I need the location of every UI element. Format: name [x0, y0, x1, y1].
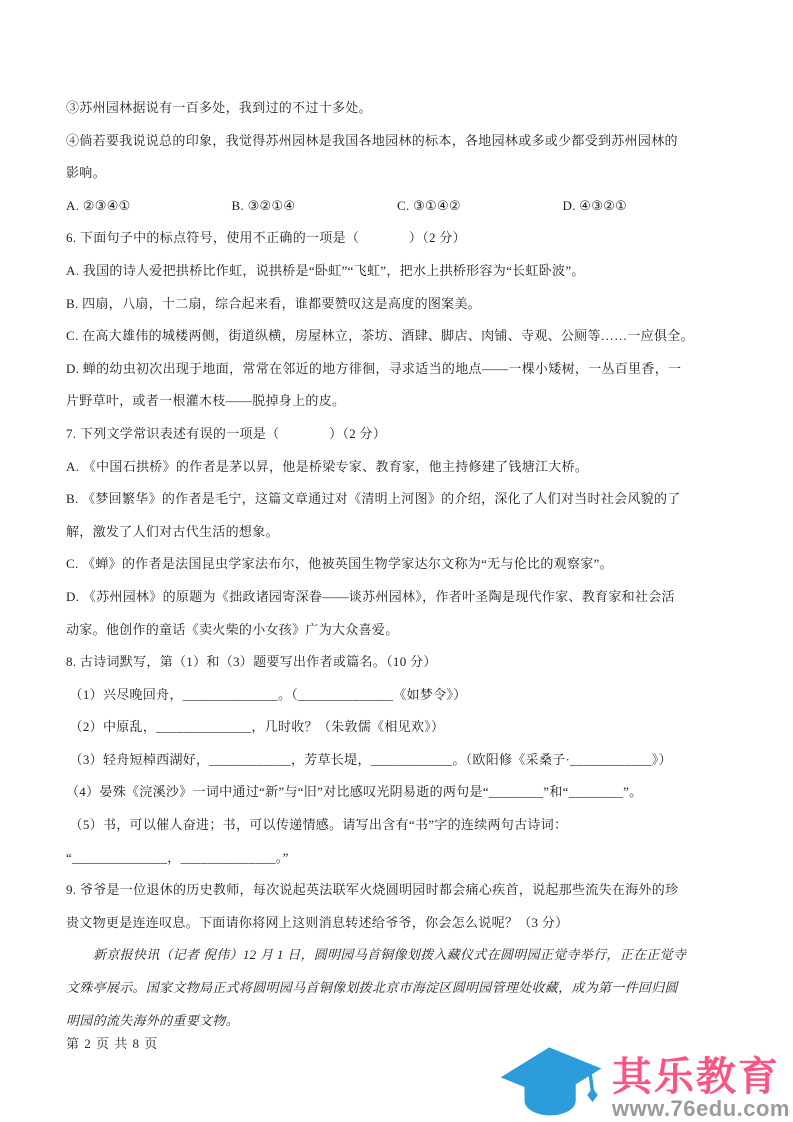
text-line: ④倘若要我说说总的印象，我觉得苏州园林是我国各地园林的标本，各地园林或多或少都受… — [66, 125, 728, 158]
text-line: 片野草叶，或者一根灌木枝——脱掉身上的皮。 — [66, 385, 728, 418]
text-line: （5）书，可以催人奋进；书，可以传递情感。请写出含有“书”字的连续两句古诗词： — [66, 809, 728, 842]
text-line: A. 《中国石拱桥》的作者是茅以昇，他是桥梁专家、教育家，他主持修建了钱塘江大桥… — [66, 451, 728, 484]
choice-option: A. ②③④① — [66, 190, 232, 223]
text-line: （2）中原乱，______________，几时收？（朱敦儒《相见欢》） — [66, 711, 728, 744]
text-line: 8. 古诗词默写，第（1）和（3）题要写出作者或篇名。（10 分） — [66, 646, 728, 679]
choice-option: D. ④③②① — [563, 190, 729, 223]
text-line: C. 在高大雄伟的城楼两侧，街道纵横，房屋林立，茶坊、酒肆、脚店、肉铺、寺观、公… — [66, 320, 728, 353]
text-line: D. 蝉的幼虫初次出现于地面，常常在邻近的地方徘徊，寻求适当的地点——一棵小矮树… — [66, 353, 728, 386]
exam-page: ③苏州园林据说有一百多处，我到过的不过十多处。④倘若要我说说总的印象，我觉得苏州… — [0, 0, 793, 1122]
text-line: 解，激发了人们对古代生活的想象。 — [66, 516, 728, 549]
brand-text: 其乐教育 www.76edu.com — [612, 1056, 790, 1120]
text-line: 7. 下列文学常识表述有误的一项是（ ）（2 分） — [66, 418, 728, 451]
text-line: B. 《梦回繁华》的作者是毛宁，这篇文章通过对《清明上河图》的介绍，深化了人们对… — [66, 483, 728, 516]
text-line: D. 《苏州园林》的原题为《拙政诸园寄深眷——谈苏州园林》，作者叶圣陶是现代作家… — [66, 581, 728, 614]
page-number-footer: 第 2 页 共 8 页 — [66, 1033, 158, 1052]
brand-url: www.76edu.com — [612, 1098, 790, 1120]
text-line: （4）晏殊《浣溪沙》一词中通过“新”与“旧”对比感叹光阴易逝的两句是“_____… — [66, 776, 728, 809]
choice-option: B. ③②①④ — [232, 190, 398, 223]
text-line: “______________，______________。” — [66, 842, 728, 875]
text-line: 新京报快讯（记者 倪伟）12 月 1 日，圆明园马首铜像划拨入藏仪式在圆明园正觉… — [66, 939, 728, 972]
text-line: 影响。 — [66, 157, 728, 190]
brand-logo: 其乐教育 www.76edu.com — [498, 1040, 790, 1120]
text-line: （1）兴尽晚回舟，______________。（______________《… — [66, 679, 728, 712]
text-line: （3）轻舟短棹西湖好，____________，芳草长堤，___________… — [66, 744, 728, 777]
brand-name: 其乐教育 — [612, 1056, 780, 1098]
choice-row: A. ②③④①B. ③②①④C. ③①④②D. ④③②① — [66, 190, 728, 223]
choice-option: C. ③①④② — [397, 190, 563, 223]
graduation-cap-icon — [498, 1040, 604, 1120]
text-line: 明园的流失海外的重要文物。 — [66, 1005, 728, 1038]
exam-content: ③苏州园林据说有一百多处，我到过的不过十多处。④倘若要我说说总的印象，我觉得苏州… — [66, 92, 728, 1037]
text-line: 9. 爷爷是一位退休的历史教师，每次说起英法联军火烧圆明园时都会痛心疾首，说起那… — [66, 874, 728, 907]
text-line: B. 四扇，八扇，十二扇，综合起来看，谁都要赞叹这是高度的图案美。 — [66, 288, 728, 321]
text-line: A. 我国的诗人爱把拱桥比作虹，说拱桥是“卧虹”“飞虹”，把水上拱桥形容为“长虹… — [66, 255, 728, 288]
text-line: 文殊亭展示。国家文物局正式将圆明园马首铜像划拨北京市海淀区圆明园管理处收藏，成为… — [66, 972, 728, 1005]
text-line: 6. 下面句子中的标点符号，使用不正确的一项是（ ）（2 分） — [66, 222, 728, 255]
text-line: ③苏州园林据说有一百多处，我到过的不过十多处。 — [66, 92, 728, 125]
text-line: 贵文物更是连连叹息。下面请你将网上这则消息转述给爷爷，你会怎么说呢？（3 分） — [66, 907, 728, 940]
text-line: C. 《蝉》的作者是法国昆虫学家法布尔，他被英国生物学家达尔文称为“无与伦比的观… — [66, 548, 728, 581]
text-line: 动家。他创作的童话《卖火柴的小女孩》广为大众喜爱。 — [66, 614, 728, 647]
